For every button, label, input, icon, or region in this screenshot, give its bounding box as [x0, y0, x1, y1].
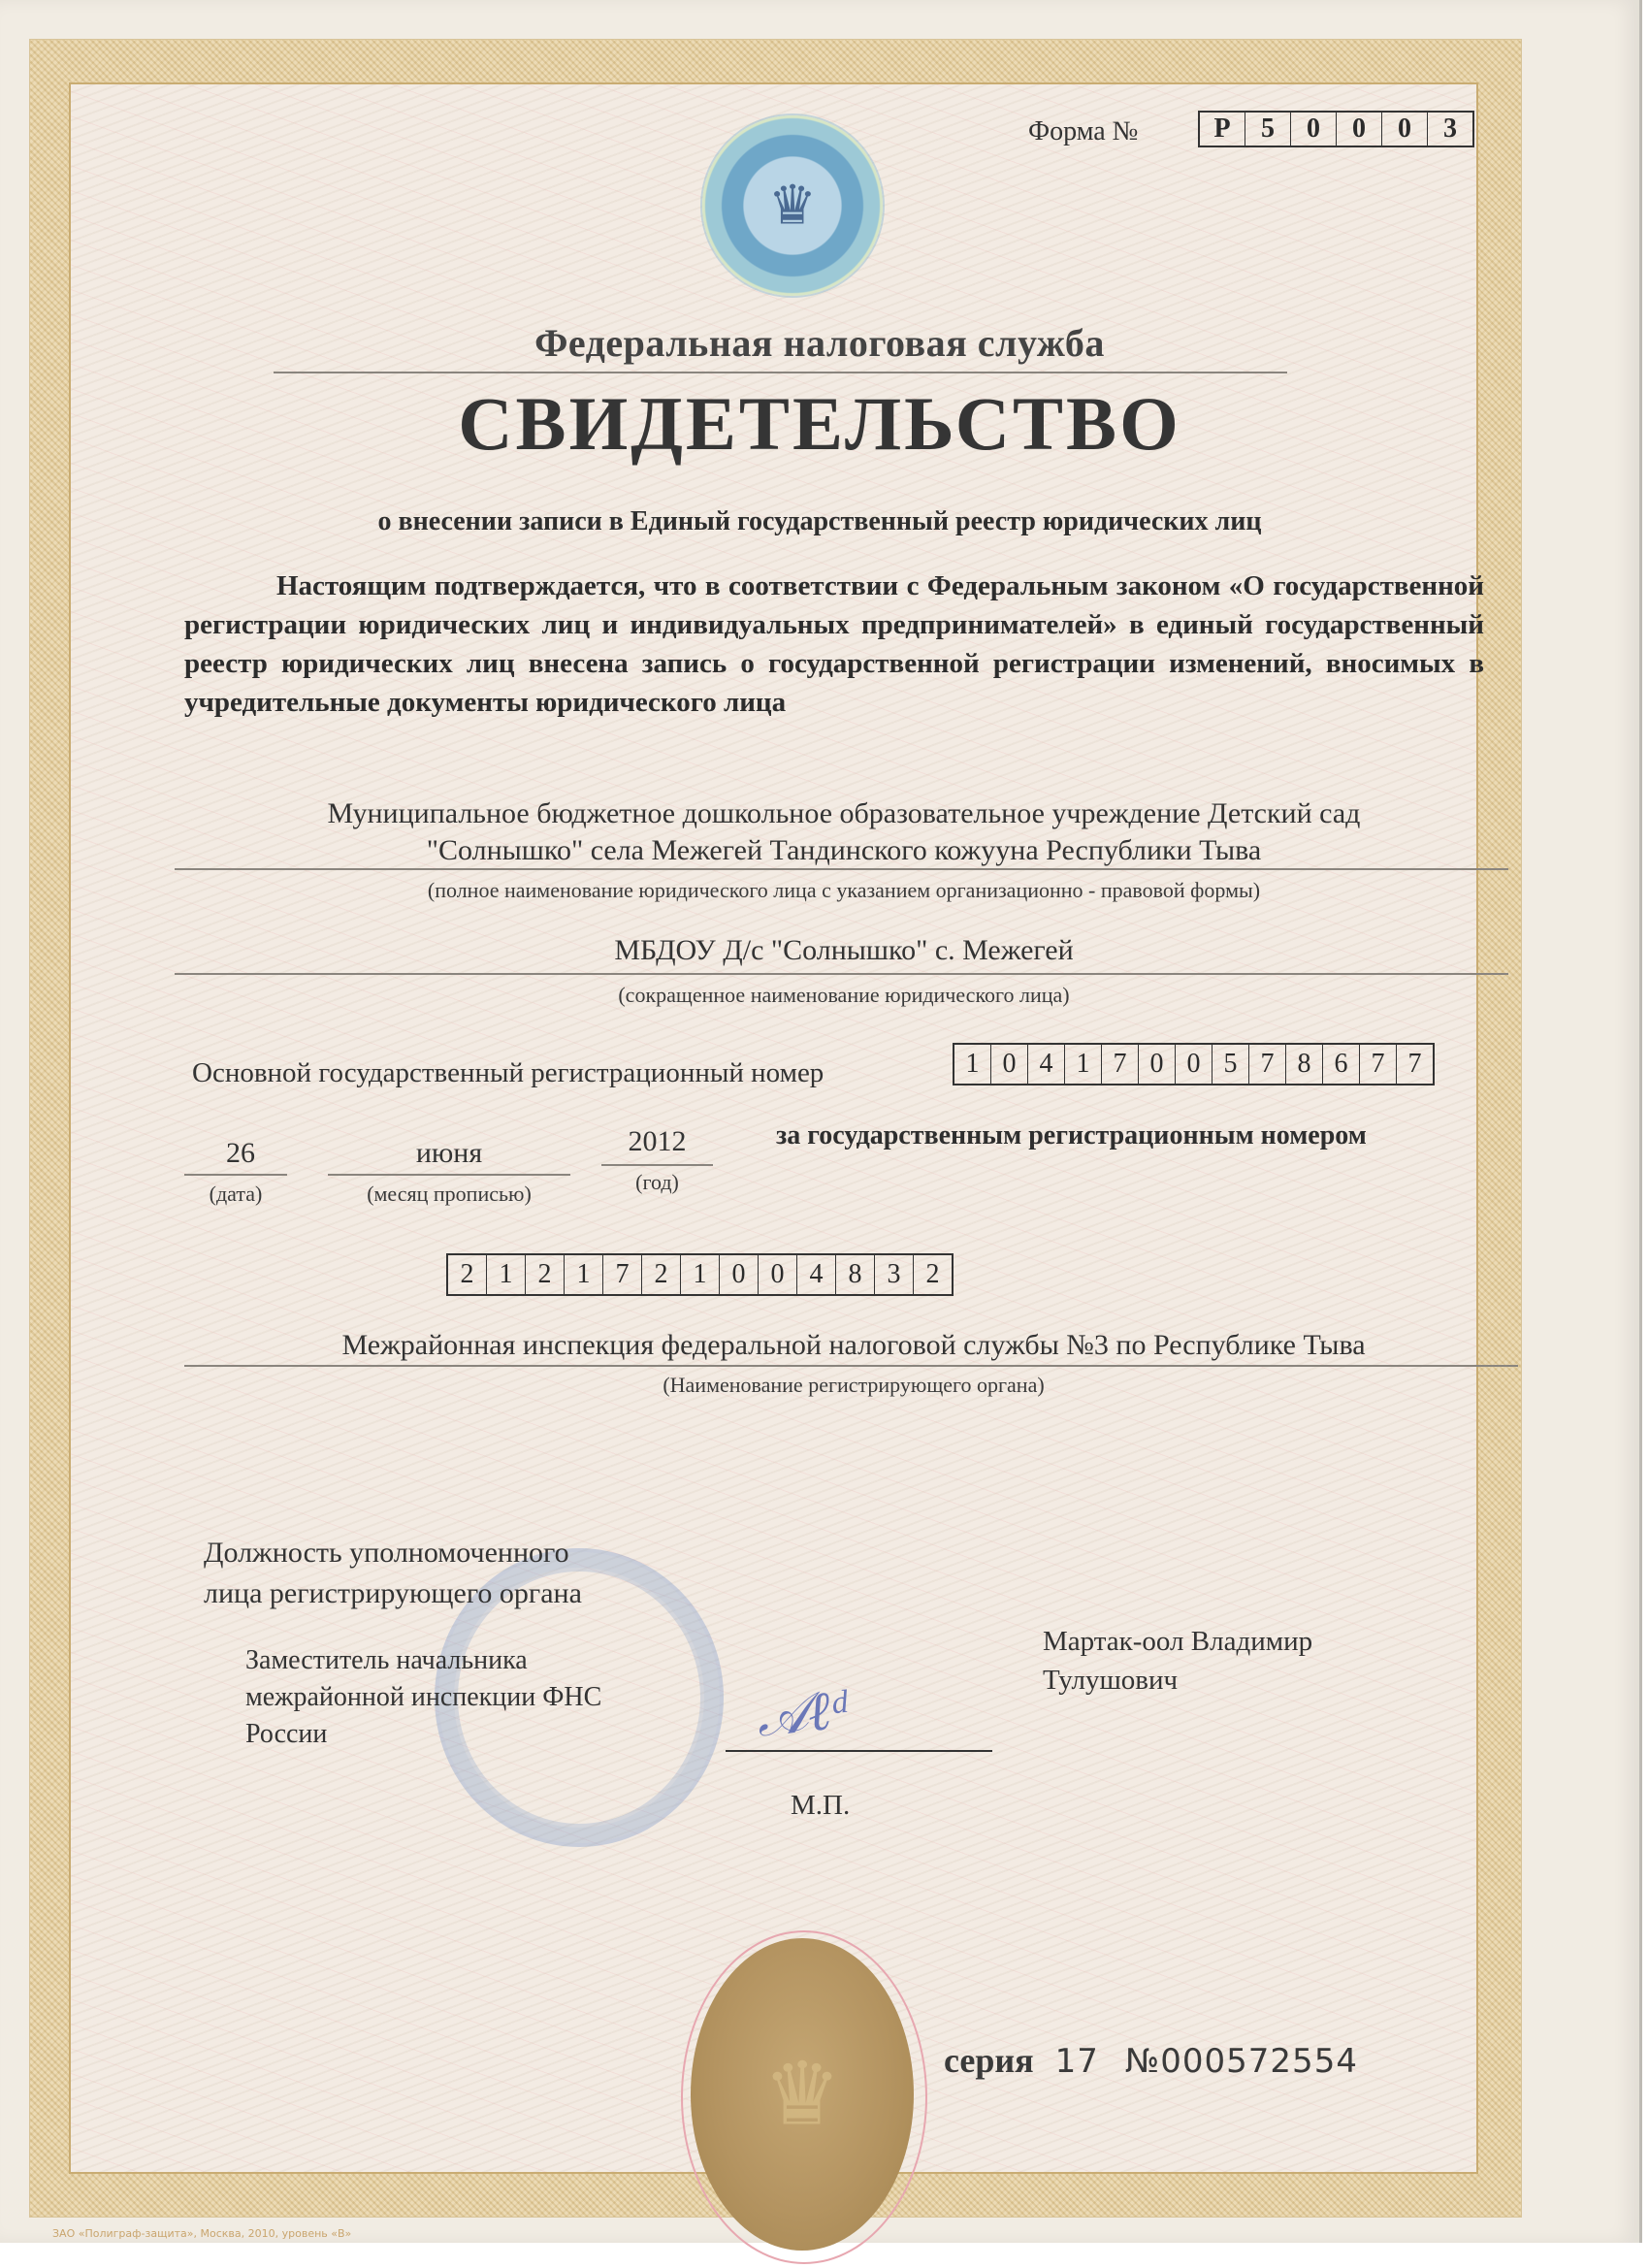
printer-imprint: ЗАО «Полиграф-защита», Москва, 2010, уро…: [52, 2227, 351, 2240]
short-name: МБДОУ Д/с "Солнышко" с. Межегей: [175, 934, 1513, 967]
position-value: Заместитель начальника межрайонной инспе…: [245, 1642, 601, 1753]
grn-digit-cell: 2: [525, 1255, 564, 1294]
series-label: серия: [944, 2041, 1034, 2080]
ogrn-digit-cell: 1: [1064, 1045, 1101, 1084]
divider: [184, 1174, 287, 1176]
registering-authority-caption: (Наименование регистрирующего органа): [184, 1373, 1523, 1398]
signer-name: Мартак-оол Владимир Тулушович: [1043, 1622, 1312, 1700]
grn-digit-cell: 2: [913, 1255, 952, 1294]
form-label: Форма №: [1028, 116, 1138, 147]
position-value-line-3: России: [245, 1716, 601, 1753]
ogrn-digit-cell: 7: [1359, 1045, 1396, 1084]
document-sheet: ♛ Форма № Р50003 Федеральная налоговая с…: [0, 0, 1642, 2243]
divider: [184, 1365, 1518, 1367]
ogrn-digit-cell: 7: [1101, 1045, 1138, 1084]
ogrn-digit-cell: 0: [1138, 1045, 1175, 1084]
full-name-line-1: Муниципальное бюджетное дошкольное образ…: [175, 795, 1513, 832]
signature-line: [726, 1750, 992, 1752]
grn-digit-cell: 2: [448, 1255, 486, 1294]
ogrn-digit-cell: 0: [990, 1045, 1027, 1084]
ogrn-number: 1041700578677: [953, 1043, 1435, 1085]
grn-digit-cell: 3: [874, 1255, 913, 1294]
date-day-caption: (дата): [184, 1182, 287, 1207]
ogrn-digit-cell: 5: [1212, 1045, 1248, 1084]
form-code-cell: 0: [1336, 113, 1381, 146]
statement-paragraph: Настоящим подтверждается, что в соответс…: [184, 567, 1484, 722]
form-code: Р50003: [1198, 111, 1474, 147]
grn-digit-cell: 4: [796, 1255, 835, 1294]
signer-name-line-2: Тулушович: [1043, 1661, 1312, 1700]
statement-text: Настоящим подтверждается, что в соответс…: [184, 570, 1484, 718]
date-month: июня: [328, 1137, 570, 1170]
position-label: Должность уполномоченного лица регистрир…: [204, 1533, 582, 1614]
grn-digit-cell: 1: [680, 1255, 719, 1294]
divider: [175, 868, 1508, 870]
ogrn-digit-cell: 4: [1027, 1045, 1064, 1084]
form-code-cell: 0: [1381, 113, 1427, 146]
grn-digit-cell: 0: [758, 1255, 796, 1294]
position-value-line-2: межрайонной инспекции ФНС: [245, 1679, 601, 1716]
stamp-place-label: М.П.: [791, 1790, 850, 1822]
form-code-cell: Р: [1200, 113, 1245, 146]
position-label-line-2: лица регистрирующего органа: [204, 1573, 582, 1614]
divider: [274, 372, 1287, 373]
date-year: 2012: [601, 1125, 713, 1158]
divider: [601, 1164, 713, 1166]
ogrn-digit-cell: 1: [954, 1045, 990, 1084]
signature-icon: 𝒜ℓᵈ: [754, 1678, 851, 1750]
registering-authority: Межрайонная инспекция федеральной налого…: [184, 1329, 1523, 1362]
position-value-line-1: Заместитель начальника: [245, 1642, 601, 1679]
signer-name-line-1: Мартак-оол Владимир: [1043, 1622, 1312, 1661]
document-subtitle: о внесении записи в Единый государственн…: [0, 506, 1639, 537]
full-name-caption: (полное наименование юридического лица с…: [175, 878, 1513, 903]
ogrn-digit-cell: 0: [1175, 1045, 1212, 1084]
grn-number: 2121721004832: [446, 1253, 954, 1296]
series-value: 17: [1055, 2042, 1099, 2081]
series-number: серия17 №000572554: [944, 2040, 1358, 2081]
certificate-number: №000572554: [1125, 2042, 1358, 2081]
issuer-heading: Федеральная налоговая служба: [0, 320, 1639, 366]
full-name-line-2: "Солнышко" села Межегей Тандинского кожу…: [175, 832, 1513, 869]
grn-digit-cell: 1: [486, 1255, 525, 1294]
hologram-icon: ♛: [702, 115, 883, 296]
form-code-cell: 3: [1427, 113, 1472, 146]
full-name: Муниципальное бюджетное дошкольное образ…: [175, 795, 1513, 869]
form-code-cell: 0: [1290, 113, 1336, 146]
eagle-icon: ♛: [763, 2044, 842, 2146]
ogrn-digit-cell: 7: [1248, 1045, 1285, 1084]
grn-digit-cell: 1: [564, 1255, 602, 1294]
ogrn-digit-cell: 8: [1285, 1045, 1322, 1084]
short-name-caption: (сокращенное наименование юридического л…: [175, 983, 1513, 1008]
grn-digit-cell: 8: [835, 1255, 874, 1294]
ogrn-label: Основной государственный регистрационный…: [192, 1057, 824, 1089]
date-month-caption: (месяц прописью): [328, 1182, 570, 1207]
ogrn-digit-cell: 7: [1396, 1045, 1433, 1084]
divider: [328, 1174, 570, 1176]
divider: [175, 973, 1508, 975]
embossed-seal-icon: ♛: [691, 1938, 914, 2251]
eagle-icon: ♛: [768, 175, 817, 238]
date-year-caption: (год): [601, 1170, 713, 1195]
grn-digit-cell: 2: [641, 1255, 680, 1294]
grn-digit-cell: 0: [719, 1255, 758, 1294]
grn-label: за государственным регистрационным номер…: [776, 1120, 1367, 1151]
position-label-line-1: Должность уполномоченного: [204, 1533, 582, 1573]
ogrn-digit-cell: 6: [1322, 1045, 1359, 1084]
form-code-cell: 5: [1245, 113, 1290, 146]
document-title: СВИДЕТЕЛЬСТВО: [0, 380, 1639, 468]
grn-digit-cell: 7: [602, 1255, 641, 1294]
date-day: 26: [192, 1137, 289, 1170]
